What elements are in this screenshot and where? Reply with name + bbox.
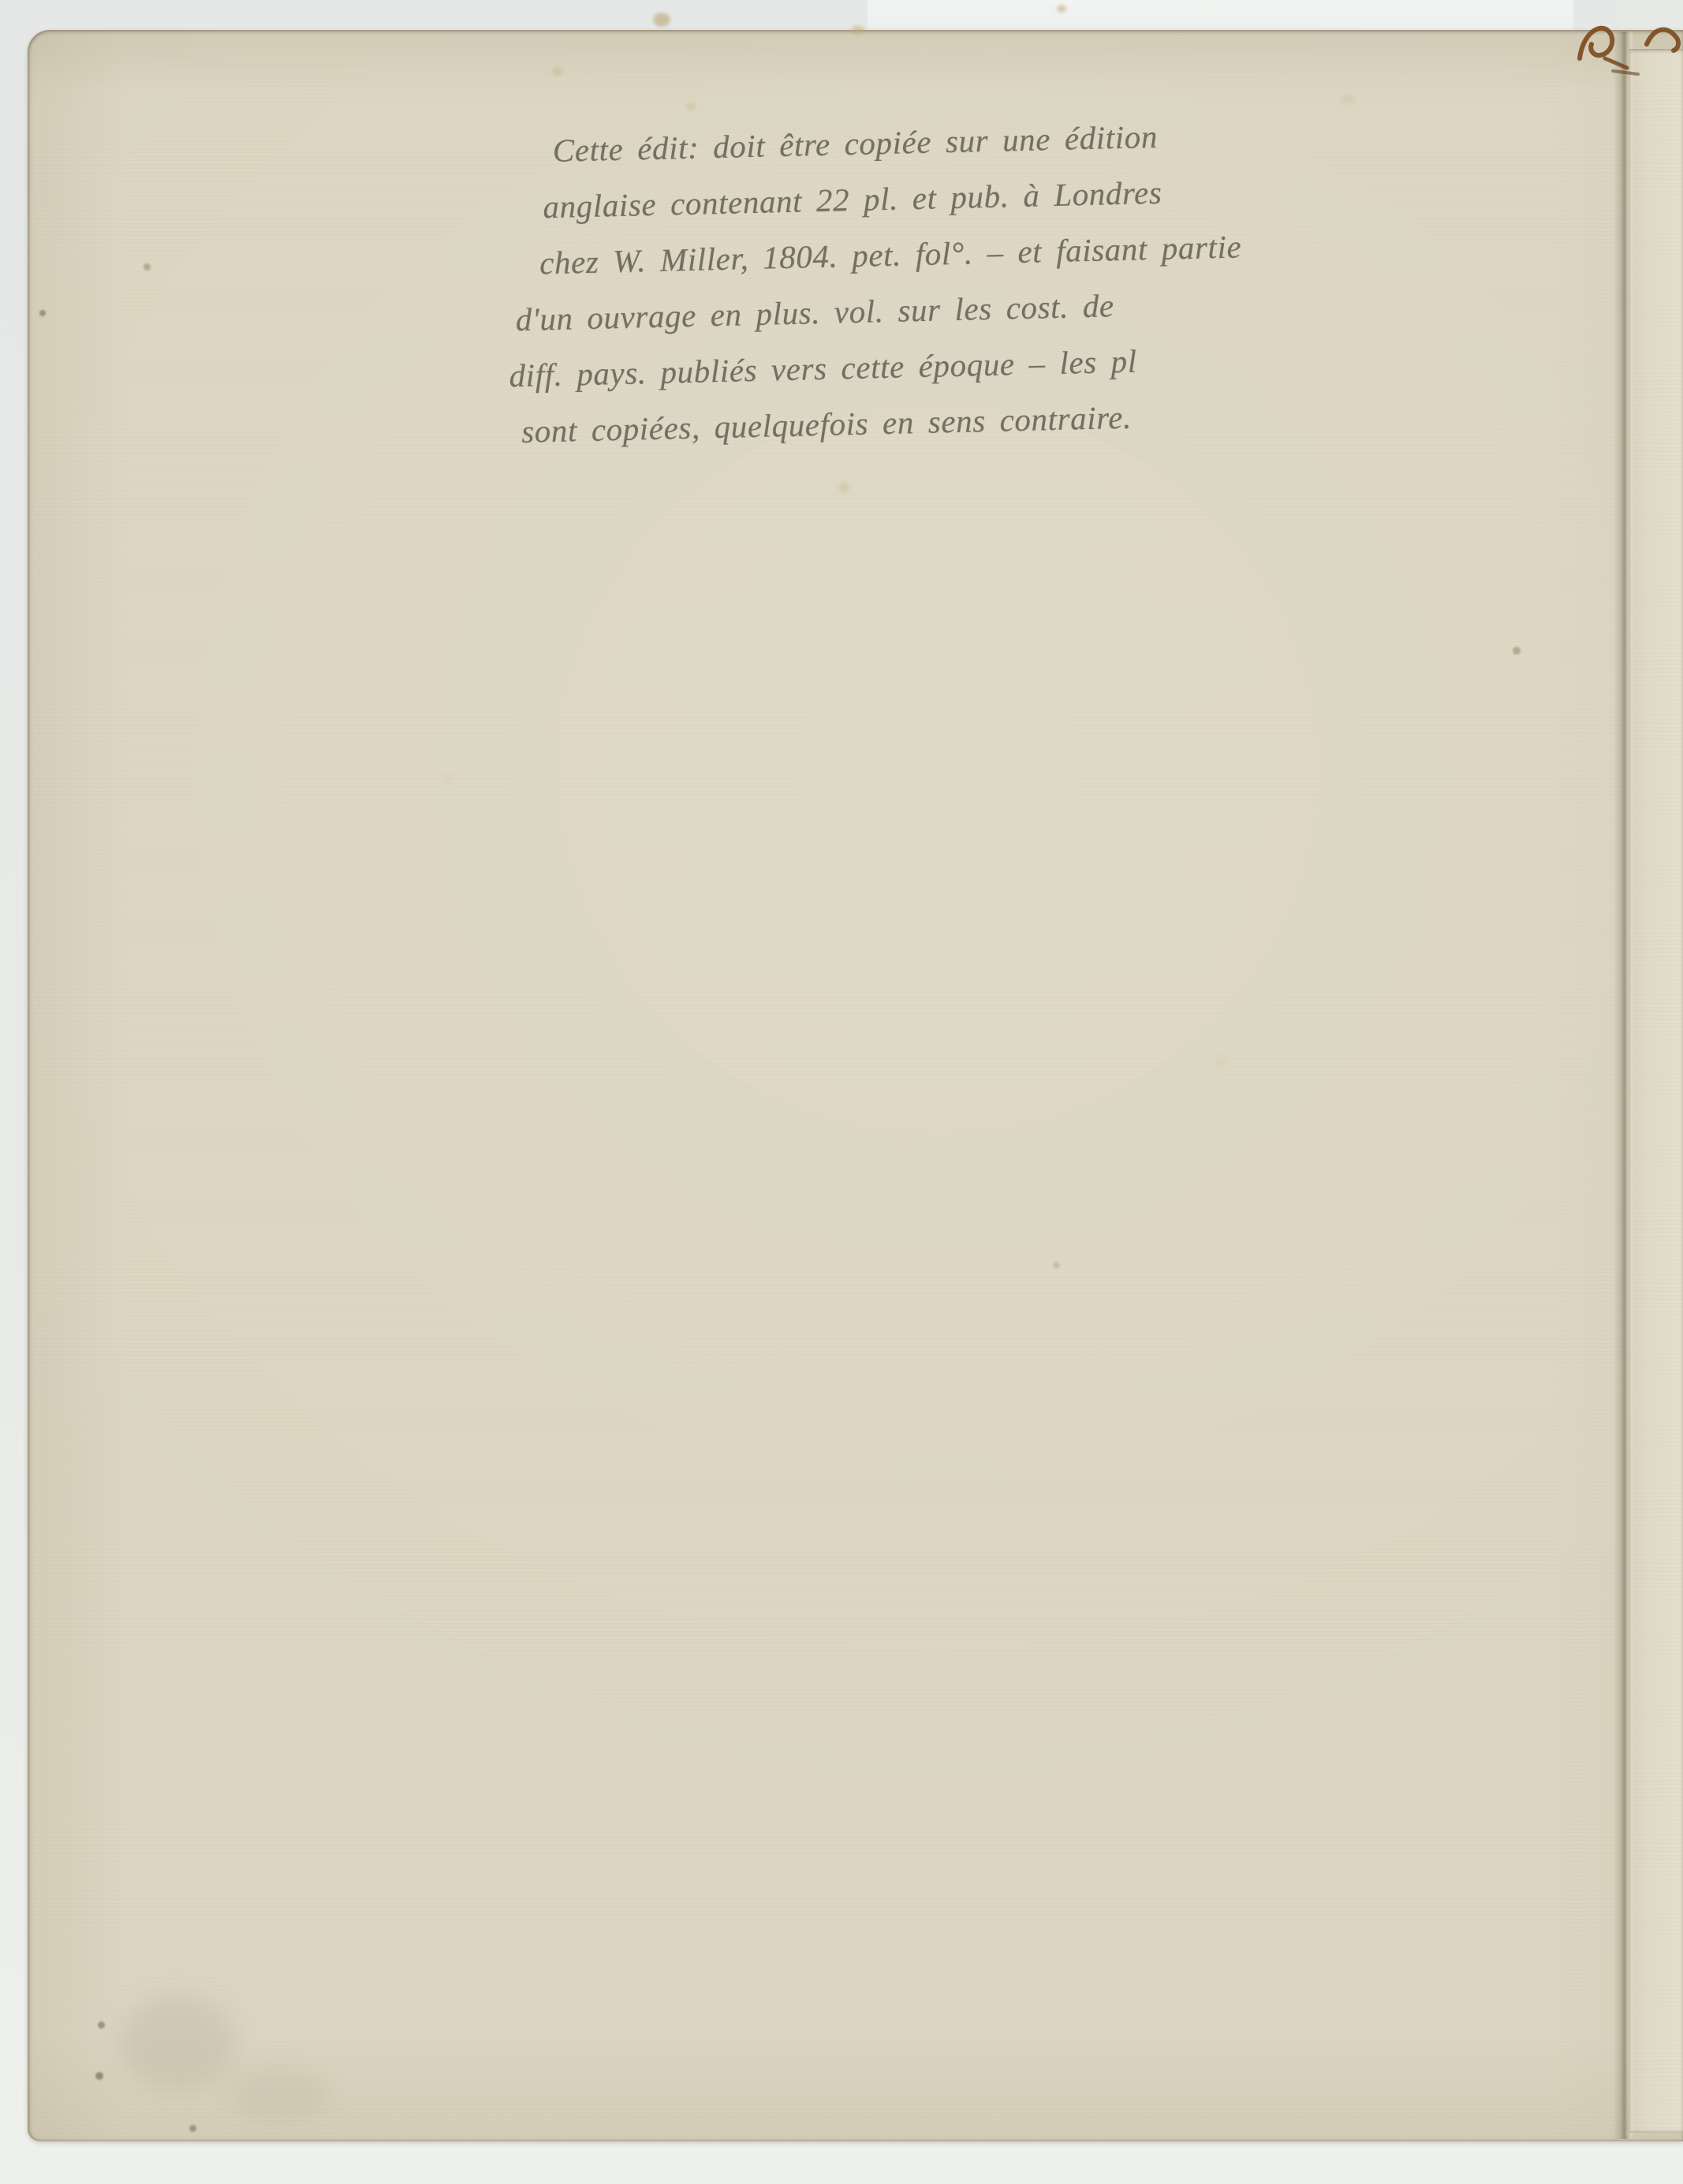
- stain-spot: [1513, 647, 1521, 655]
- scan-background: Cette édit: doit être copiée sur une édi…: [0, 0, 1683, 2184]
- stain-spot: [552, 68, 563, 76]
- adjacent-page-edge: [1629, 49, 1683, 2133]
- stain-spot: [852, 25, 864, 35]
- binding-thread: [1565, 9, 1652, 80]
- stain-spot: [189, 2125, 196, 2132]
- stain-spot: [653, 13, 670, 27]
- stain-spot: [95, 2072, 103, 2080]
- stain-spot: [1215, 1057, 1227, 1066]
- stain-spot: [118, 1995, 237, 2090]
- handwritten-annotation: Cette édit: doit être copiée sur une édi…: [483, 102, 1468, 461]
- stain-spot: [98, 2022, 105, 2029]
- stain-spot: [229, 2066, 331, 2122]
- page-gutter-crease: [1614, 32, 1634, 2139]
- stain-spot: [39, 310, 46, 316]
- binding-thread-fragment: [1642, 14, 1683, 62]
- stain-spot: [686, 103, 696, 110]
- stain-spot: [1057, 5, 1066, 13]
- stain-spot: [144, 263, 151, 271]
- stain-spot: [1053, 1262, 1060, 1268]
- stain-spot: [442, 773, 453, 782]
- stain-spot: [1341, 95, 1355, 104]
- stain-spot: [838, 483, 849, 492]
